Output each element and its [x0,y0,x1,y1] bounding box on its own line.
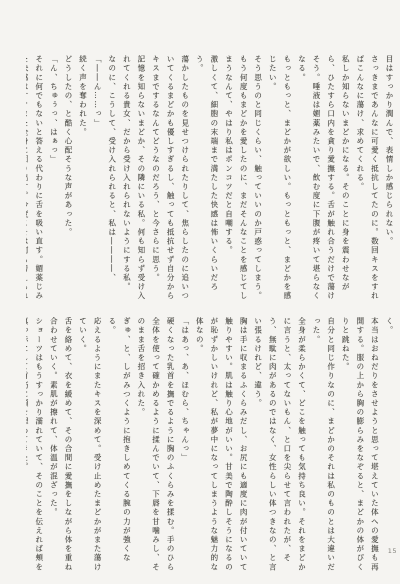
paragraph: 硬くなった乳首を撫でるように胸のふくらみを揉む。手のひら全体を使って確かめるよう… [133,317,177,577]
paragraph: 激しくて、細胞の末端まで満たした快感は怖いくらいだろう。 [192,55,221,303]
paragraph: 「はあっ、あ、ほむら、ちゃんっ」 [177,317,192,577]
paragraph: どうしたの、と酷く心配そうな声があった。 [60,55,75,303]
paragraph: そう思うのと同じくらい、触っていいのか戸惑ってしまう。もう何度もまどかを愛したの… [221,55,265,303]
paragraph: 蕩かしたものを見せつけられたりして、焦らしたのに追いついてくるまどかも優しすぎる… [148,55,192,303]
page-number: 15 [388,547,397,555]
paragraph: 記憶を知らないまどか、その隣にいる私。何も知らず受け入れてくれる貴女、だから受け… [119,55,148,303]
paragraph: く。 [381,317,396,577]
text-band-top: 目はすっかり潤んで、表情しか感じられない。さっきまであんなに可愛く抵抗してたのに… [26,55,396,303]
paragraph: 「――ん……っ」 [90,55,105,303]
paragraph: 自分と同じ作りなのに、まどかのそれは私のものとは大違いだった。 [308,317,337,577]
paragraph: ぎゅ、と、しがみつくように抱きしめてくる腕の力が強くなる。 [104,317,133,577]
paragraph: 目はすっかり潤んで、表情しか感じられない。 [381,55,396,303]
paragraph: もっともっと、まどかが欲しい。もっともっと、まどかを感じたい。 [265,55,294,303]
paragraph: ショーツはもうすっかり濡れていて、そのことを伝えれば頬を真っ赤にして首筋に顔を埋… [26,317,46,577]
paragraph: それに何でもないと答える代わりに舌を吸い直す。媚薬じみた快感はすぐまた全身に回り… [26,55,46,303]
paragraph: 応えるようにまたキスを深めて。受け止めたまどかがまた蕩けていく。 [75,317,104,577]
paragraph: なのに、こうして、受け入れられると、私は――――、 [104,55,119,303]
paragraph: 「ん、ちゅぅっ、はぁっ」 [46,55,61,303]
text-band-bottom: く。本当はおねだりをさせようと思って堪えていた体への愛撫も再開する。服の上から胸… [26,317,396,577]
paragraph: 続く声を奪われた。 [75,55,90,303]
paragraph: 私しか知らないまどかになる。そのことに身を震わせながら、ひたすら口内を貪り愛撫す… [294,55,352,303]
scanned-novel-page: 目はすっかり潤んで、表情しか感じられない。さっきまであんなに可愛く抵抗してたのに… [0,0,400,584]
paragraph: 胸は手に収まるふくらみだし、お尻にも適度に肉が付いていて触りやすい。肌は触り心地… [192,317,250,577]
paragraph: 本当はおねだりをさせようと思って堪えていた体への愛撫も再開する。服の上から胸の膨… [338,317,382,577]
paragraph: 全身が柔らかくて、どこを触っても気持ち良い。それをまどかに言うと、太ってないもん… [250,317,308,577]
paragraph: さっきまであんなに可愛く抵抗してたのに。数回キスをすればこんなに蕩け、求めてくれ… [352,55,381,303]
paragraph: 舌を絡めて、衣を緩めて、その合間に愛撫をしながら体を重ね合わせていく。素肌が擦れ… [46,317,75,577]
